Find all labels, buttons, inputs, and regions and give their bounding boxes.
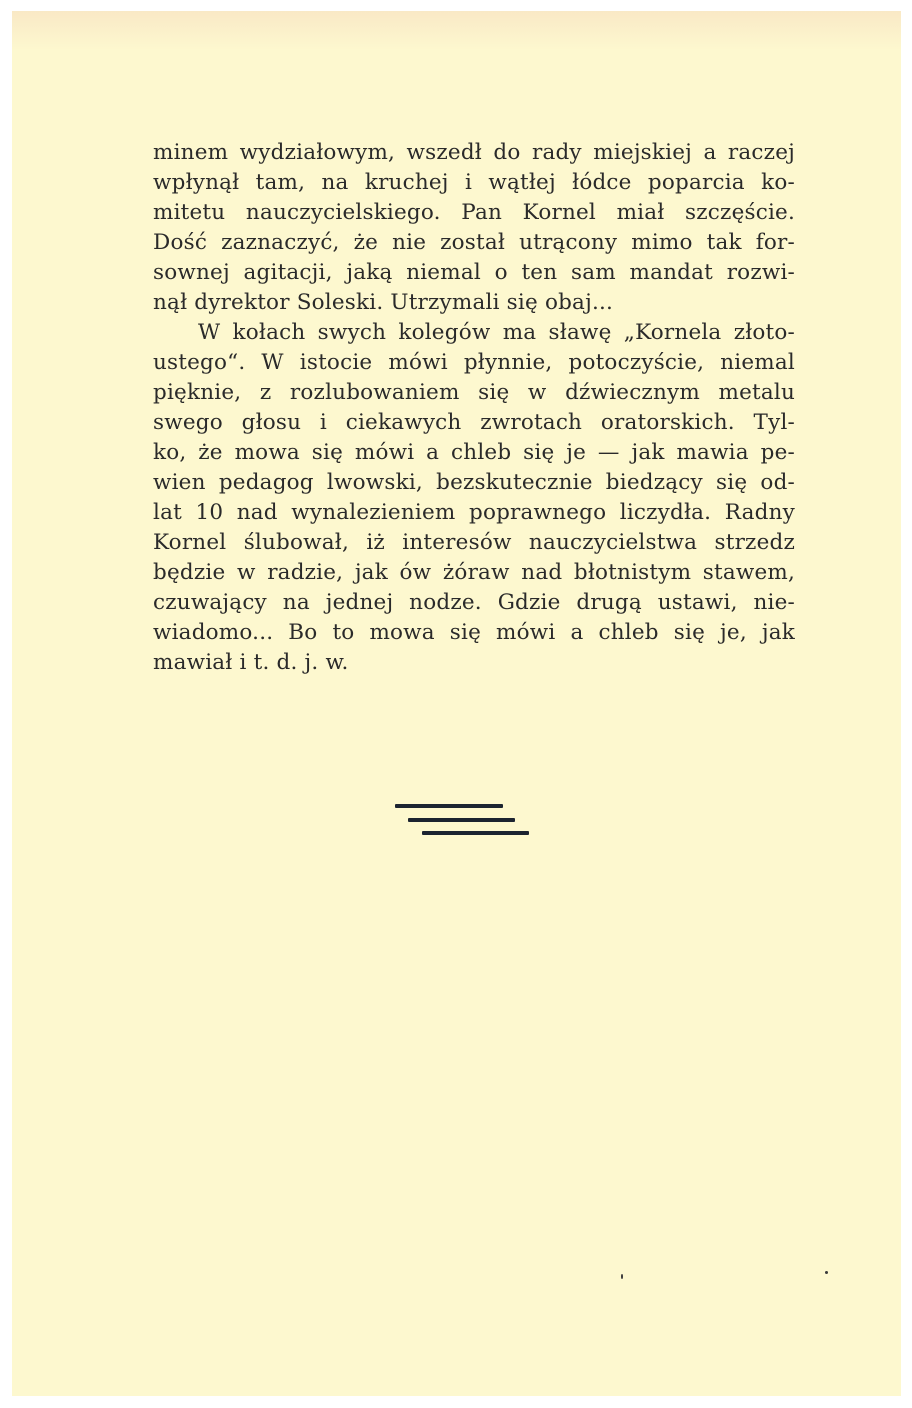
paragraph-2: W kołach swych kolegów ma sławę „Kornela… <box>153 318 795 678</box>
text-line: ko, że mowa się mówi a chleb się je — ja… <box>153 438 795 468</box>
ornament-rule-top <box>395 804 503 808</box>
text-line: mitetu nauczycielskiego. Pan Kornel miał… <box>153 198 795 228</box>
paragraph-1: minem wydziałowym, wszedł do rady miejsk… <box>153 138 795 318</box>
text-line: swego głosu i ciekawych zwrotach orators… <box>153 408 795 438</box>
text-line: mawiał i t. d. j. w. <box>153 648 795 678</box>
text-line: Dość zaznaczyć, że nie został utrącony m… <box>153 228 795 258</box>
text-line: lat 10 nad wynalezieniem poprawnego licz… <box>153 498 795 528</box>
text-line: sownej agitacji, jaką niemal o ten sam m… <box>153 258 795 288</box>
text-line: Kornel ślubował, iż interesów nauczyciel… <box>153 528 795 558</box>
ornament-rule-bottom <box>422 831 529 835</box>
text-line: minem wydziałowym, wszedł do rady miejsk… <box>153 138 795 168</box>
text-line: wiadomo... Bo to mowa się mówi a chleb s… <box>153 618 795 648</box>
paper-speck <box>621 1274 623 1279</box>
text-line: nął dyrektor Soleski. Utrzymali się obaj… <box>153 288 795 318</box>
text-line: wien pedagog lwowski, bezskutecznie bied… <box>153 468 795 498</box>
text-line: ustego“. W istocie mówi płynnie, potoczy… <box>153 348 795 378</box>
text-line: czuwający na jednej nodze. Gdzie drugą u… <box>153 588 795 618</box>
text-line: W kołach swych kolegów ma sławę „Kornela… <box>153 318 795 348</box>
text-line: będzie w radzie, jak ów żóraw nad błotni… <box>153 558 795 588</box>
section-end-ornament <box>395 804 545 840</box>
text-line: wpłynął tam, na kruchej i wątłej łódce p… <box>153 168 795 198</box>
paper-speck <box>825 1271 828 1274</box>
text-line: pięknie, z rozlubowaniem się w dźwieczny… <box>153 378 795 408</box>
ornament-rule-middle <box>408 818 515 822</box>
body-text: minem wydziałowym, wszedł do rady miejsk… <box>153 138 795 678</box>
